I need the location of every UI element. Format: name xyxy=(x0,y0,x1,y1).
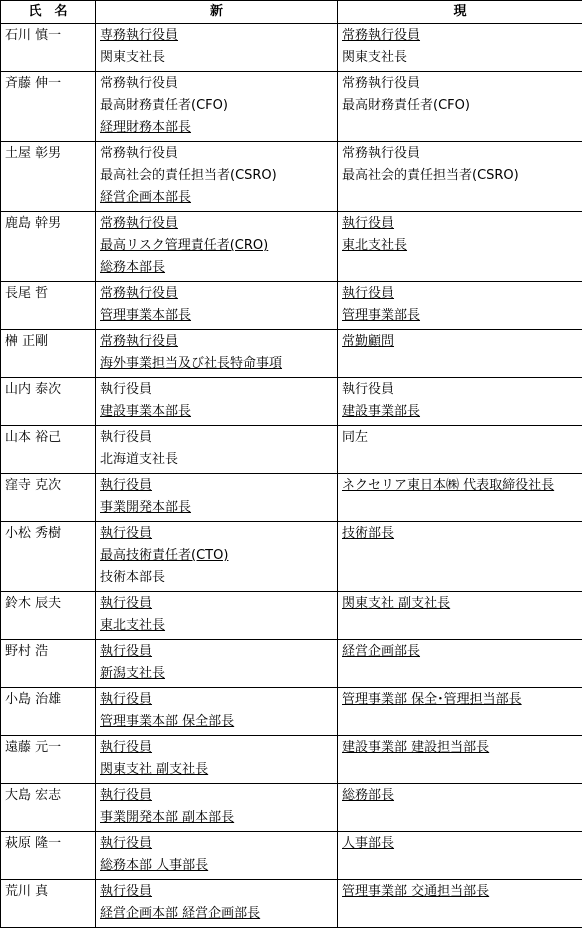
table-row: 大島 宏志執行役員事業開発本部 副本部長総務部長 xyxy=(1,784,582,832)
current-position-cell: 関東支社 副支社長 xyxy=(338,592,582,640)
table-row: 鹿島 幹男常務執行役員最高リスク管理責任者(CRO)総務本部長執行役員東北支社長 xyxy=(1,212,582,282)
position-line: 事業開発本部 副本部長 xyxy=(100,807,333,829)
position-line: 常務執行役員 xyxy=(342,73,578,95)
position-line: 管理事業本部 保全部長 xyxy=(100,711,333,733)
table-row: 小島 治雄執行役員管理事業本部 保全部長管理事業部 保全･管理担当部長 xyxy=(1,688,582,736)
person-name-text: 鈴木 辰夫 xyxy=(5,593,91,615)
person-name: 石川 慎一 xyxy=(1,24,96,72)
position-line: 関東支社 副支社長 xyxy=(342,593,578,615)
current-position-cell: 常務執行役員最高社会的責任担当者(CSRO) xyxy=(338,142,582,212)
table-row: 榊 正剛常務執行役員海外事業担当及び社長特命事項常勤顧問 xyxy=(1,330,582,378)
table-row: 窪寺 克次執行役員事業開発本部長ネクセリア東日本㈱ 代表取締役社長 xyxy=(1,474,582,522)
person-name: 遠藤 元一 xyxy=(1,736,96,784)
position-line: 執行役員 xyxy=(100,379,333,401)
new-position-cell: 執行役員総務本部 人事部長 xyxy=(96,832,338,880)
position-line: 常務執行役員 xyxy=(100,143,333,165)
person-name: 山内 泰次 xyxy=(1,378,96,426)
person-name-text: 斉藤 伸一 xyxy=(5,73,91,95)
person-name-text: 萩原 隆一 xyxy=(5,833,91,855)
position-line: 技術部長 xyxy=(342,523,578,545)
new-position-cell: 執行役員管理事業本部 保全部長 xyxy=(96,688,338,736)
personnel-appointments-table: 氏 名 新 現 石川 慎一専務執行役員関東支社長常務執行役員関東支社長斉藤 伸一… xyxy=(0,0,582,928)
person-name-text: 窪寺 克次 xyxy=(5,475,91,497)
person-name: 長尾 哲 xyxy=(1,282,96,330)
position-line: 管理事業本部長 xyxy=(100,305,333,327)
table-row: 萩原 隆一執行役員総務本部 人事部長人事部長 xyxy=(1,832,582,880)
position-line: 執行役員 xyxy=(100,833,333,855)
position-line: 執行役員 xyxy=(100,593,333,615)
position-line: 経理財務本部長 xyxy=(100,117,333,139)
table-row: 遠藤 元一執行役員関東支社 副支社長建設事業部 建設担当部長 xyxy=(1,736,582,784)
position-line: 同左 xyxy=(342,427,578,449)
position-line: 執行役員 xyxy=(100,785,333,807)
position-line: 技術本部長 xyxy=(100,567,333,589)
position-line: 執行役員 xyxy=(342,213,578,235)
person-name-text: 山本 裕己 xyxy=(5,427,91,449)
position-line: 建設事業部長 xyxy=(342,401,578,423)
table-row: 石川 慎一専務執行役員関東支社長常務執行役員関東支社長 xyxy=(1,24,582,72)
new-position-cell: 専務執行役員関東支社長 xyxy=(96,24,338,72)
table-row: 荒川 真執行役員経営企画本部 経営企画部長管理事業部 交通担当部長 xyxy=(1,880,582,928)
header-row: 氏 名 新 現 xyxy=(1,1,582,24)
new-position-cell: 執行役員経営企画本部 経営企画部長 xyxy=(96,880,338,928)
current-position-cell: 管理事業部 交通担当部長 xyxy=(338,880,582,928)
person-name: 斉藤 伸一 xyxy=(1,72,96,142)
position-line: 執行役員 xyxy=(342,283,578,305)
position-line: 執行役員 xyxy=(100,475,333,497)
current-position-cell: 常務執行役員関東支社長 xyxy=(338,24,582,72)
position-line: 建設事業部 建設担当部長 xyxy=(342,737,578,759)
person-name: 榊 正剛 xyxy=(1,330,96,378)
person-name-text: 大島 宏志 xyxy=(5,785,91,807)
position-line: 管理事業部 保全･管理担当部長 xyxy=(342,689,578,711)
current-position-cell: 執行役員東北支社長 xyxy=(338,212,582,282)
current-position-cell: 総務部長 xyxy=(338,784,582,832)
person-name-text: 荒川 真 xyxy=(5,881,91,903)
current-position-cell: 常勤顧問 xyxy=(338,330,582,378)
position-line: 経営企画本部長 xyxy=(100,187,333,209)
position-line: 関東支社長 xyxy=(342,47,578,69)
position-line: 最高財務責任者(CFO) xyxy=(342,95,578,117)
current-position-cell: 経営企画部長 xyxy=(338,640,582,688)
current-position-cell: 執行役員建設事業部長 xyxy=(338,378,582,426)
position-line: 常務執行役員 xyxy=(100,331,333,353)
position-line: 人事部長 xyxy=(342,833,578,855)
current-position-cell: 管理事業部 保全･管理担当部長 xyxy=(338,688,582,736)
position-line: 常務執行役員 xyxy=(100,213,333,235)
position-line: 関東支社長 xyxy=(100,47,333,69)
position-line: 事業開発本部長 xyxy=(100,497,333,519)
new-position-cell: 常務執行役員最高社会的責任担当者(CSRO)経営企画本部長 xyxy=(96,142,338,212)
position-line: 常勤顧問 xyxy=(342,331,578,353)
table-row: 長尾 哲常務執行役員管理事業本部長執行役員管理事業部長 xyxy=(1,282,582,330)
table-body: 石川 慎一専務執行役員関東支社長常務執行役員関東支社長斉藤 伸一常務執行役員最高… xyxy=(1,24,582,928)
current-position-cell: 人事部長 xyxy=(338,832,582,880)
new-position-cell: 執行役員事業開発本部 副本部長 xyxy=(96,784,338,832)
table-row: 小松 秀樹執行役員最高技術責任者(CTO)技術本部長技術部長 xyxy=(1,522,582,592)
current-position-cell: 建設事業部 建設担当部長 xyxy=(338,736,582,784)
current-position-cell: 技術部長 xyxy=(338,522,582,592)
current-position-cell: 同左 xyxy=(338,426,582,474)
new-position-cell: 常務執行役員最高財務責任者(CFO)経理財務本部長 xyxy=(96,72,338,142)
person-name: 窪寺 克次 xyxy=(1,474,96,522)
position-line: 常務執行役員 xyxy=(100,73,333,95)
table-row: 山内 泰次執行役員建設事業本部長執行役員建設事業部長 xyxy=(1,378,582,426)
position-line: 常務執行役員 xyxy=(342,25,578,47)
position-line: 北海道支社長 xyxy=(100,449,333,471)
current-position-cell: ネクセリア東日本㈱ 代表取締役社長 xyxy=(338,474,582,522)
position-line: 関東支社 副支社長 xyxy=(100,759,333,781)
person-name-text: 小松 秀樹 xyxy=(5,523,91,545)
position-line: 新潟支社長 xyxy=(100,663,333,685)
position-line: 最高技術責任者(CTO) xyxy=(100,545,333,567)
table-row: 斉藤 伸一常務執行役員最高財務責任者(CFO)経理財務本部長常務執行役員最高財務… xyxy=(1,72,582,142)
person-name: 鈴木 辰夫 xyxy=(1,592,96,640)
new-position-cell: 常務執行役員海外事業担当及び社長特命事項 xyxy=(96,330,338,378)
position-line: 最高社会的責任担当者(CSRO) xyxy=(342,165,578,187)
table-row: 野村 浩執行役員新潟支社長経営企画部長 xyxy=(1,640,582,688)
position-line: 東北支社長 xyxy=(100,615,333,637)
table-row: 山本 裕己執行役員北海道支社長同左 xyxy=(1,426,582,474)
person-name-text: 石川 慎一 xyxy=(5,25,91,47)
person-name: 山本 裕己 xyxy=(1,426,96,474)
person-name-text: 遠藤 元一 xyxy=(5,737,91,759)
position-line: 管理事業部 交通担当部長 xyxy=(342,881,578,903)
person-name-text: 榊 正剛 xyxy=(5,331,91,353)
new-position-cell: 執行役員関東支社 副支社長 xyxy=(96,736,338,784)
position-line: 建設事業本部長 xyxy=(100,401,333,423)
position-line: 執行役員 xyxy=(100,523,333,545)
new-position-cell: 常務執行役員最高リスク管理責任者(CRO)総務本部長 xyxy=(96,212,338,282)
new-position-cell: 執行役員事業開発本部長 xyxy=(96,474,338,522)
person-name-text: 山内 泰次 xyxy=(5,379,91,401)
position-line: 経営企画本部 経営企画部長 xyxy=(100,903,333,925)
person-name: 小島 治雄 xyxy=(1,688,96,736)
current-position-cell: 執行役員管理事業部長 xyxy=(338,282,582,330)
position-line: 最高財務責任者(CFO) xyxy=(100,95,333,117)
person-name: 野村 浩 xyxy=(1,640,96,688)
person-name: 荒川 真 xyxy=(1,880,96,928)
person-name: 土屋 彰男 xyxy=(1,142,96,212)
person-name: 萩原 隆一 xyxy=(1,832,96,880)
position-line: 経営企画部長 xyxy=(342,641,578,663)
position-line: ネクセリア東日本㈱ 代表取締役社長 xyxy=(342,475,578,497)
new-position-cell: 執行役員建設事業本部長 xyxy=(96,378,338,426)
position-line: 総務本部 人事部長 xyxy=(100,855,333,877)
new-position-cell: 常務執行役員管理事業本部長 xyxy=(96,282,338,330)
person-name-text: 小島 治雄 xyxy=(5,689,91,711)
position-line: 常務執行役員 xyxy=(342,143,578,165)
position-line: 常務執行役員 xyxy=(100,283,333,305)
person-name: 鹿島 幹男 xyxy=(1,212,96,282)
position-line: 最高リスク管理責任者(CRO) xyxy=(100,235,333,257)
position-line: 執行役員 xyxy=(100,689,333,711)
position-line: 専務執行役員 xyxy=(100,25,333,47)
position-line: 総務本部長 xyxy=(100,257,333,279)
new-position-cell: 執行役員東北支社長 xyxy=(96,592,338,640)
position-line: 執行役員 xyxy=(100,737,333,759)
person-name-text: 長尾 哲 xyxy=(5,283,91,305)
position-line: 最高社会的責任担当者(CSRO) xyxy=(100,165,333,187)
person-name-text: 野村 浩 xyxy=(5,641,91,663)
new-position-cell: 執行役員最高技術責任者(CTO)技術本部長 xyxy=(96,522,338,592)
person-name: 大島 宏志 xyxy=(1,784,96,832)
new-position-cell: 執行役員北海道支社長 xyxy=(96,426,338,474)
person-name-text: 土屋 彰男 xyxy=(5,143,91,165)
position-line: 執行役員 xyxy=(100,427,333,449)
person-name: 小松 秀樹 xyxy=(1,522,96,592)
header-new-position: 新 xyxy=(96,1,338,24)
table-row: 鈴木 辰夫執行役員東北支社長関東支社 副支社長 xyxy=(1,592,582,640)
position-line: 東北支社長 xyxy=(342,235,578,257)
header-current-position: 現 xyxy=(338,1,582,24)
new-position-cell: 執行役員新潟支社長 xyxy=(96,640,338,688)
position-line: 総務部長 xyxy=(342,785,578,807)
position-line: 執行役員 xyxy=(342,379,578,401)
current-position-cell: 常務執行役員最高財務責任者(CFO) xyxy=(338,72,582,142)
person-name-text: 鹿島 幹男 xyxy=(5,213,91,235)
table-row: 土屋 彰男常務執行役員最高社会的責任担当者(CSRO)経営企画本部長常務執行役員… xyxy=(1,142,582,212)
position-line: 執行役員 xyxy=(100,881,333,903)
position-line: 執行役員 xyxy=(100,641,333,663)
position-line: 管理事業部長 xyxy=(342,305,578,327)
position-line: 海外事業担当及び社長特命事項 xyxy=(100,353,333,375)
header-name: 氏 名 xyxy=(1,1,96,24)
